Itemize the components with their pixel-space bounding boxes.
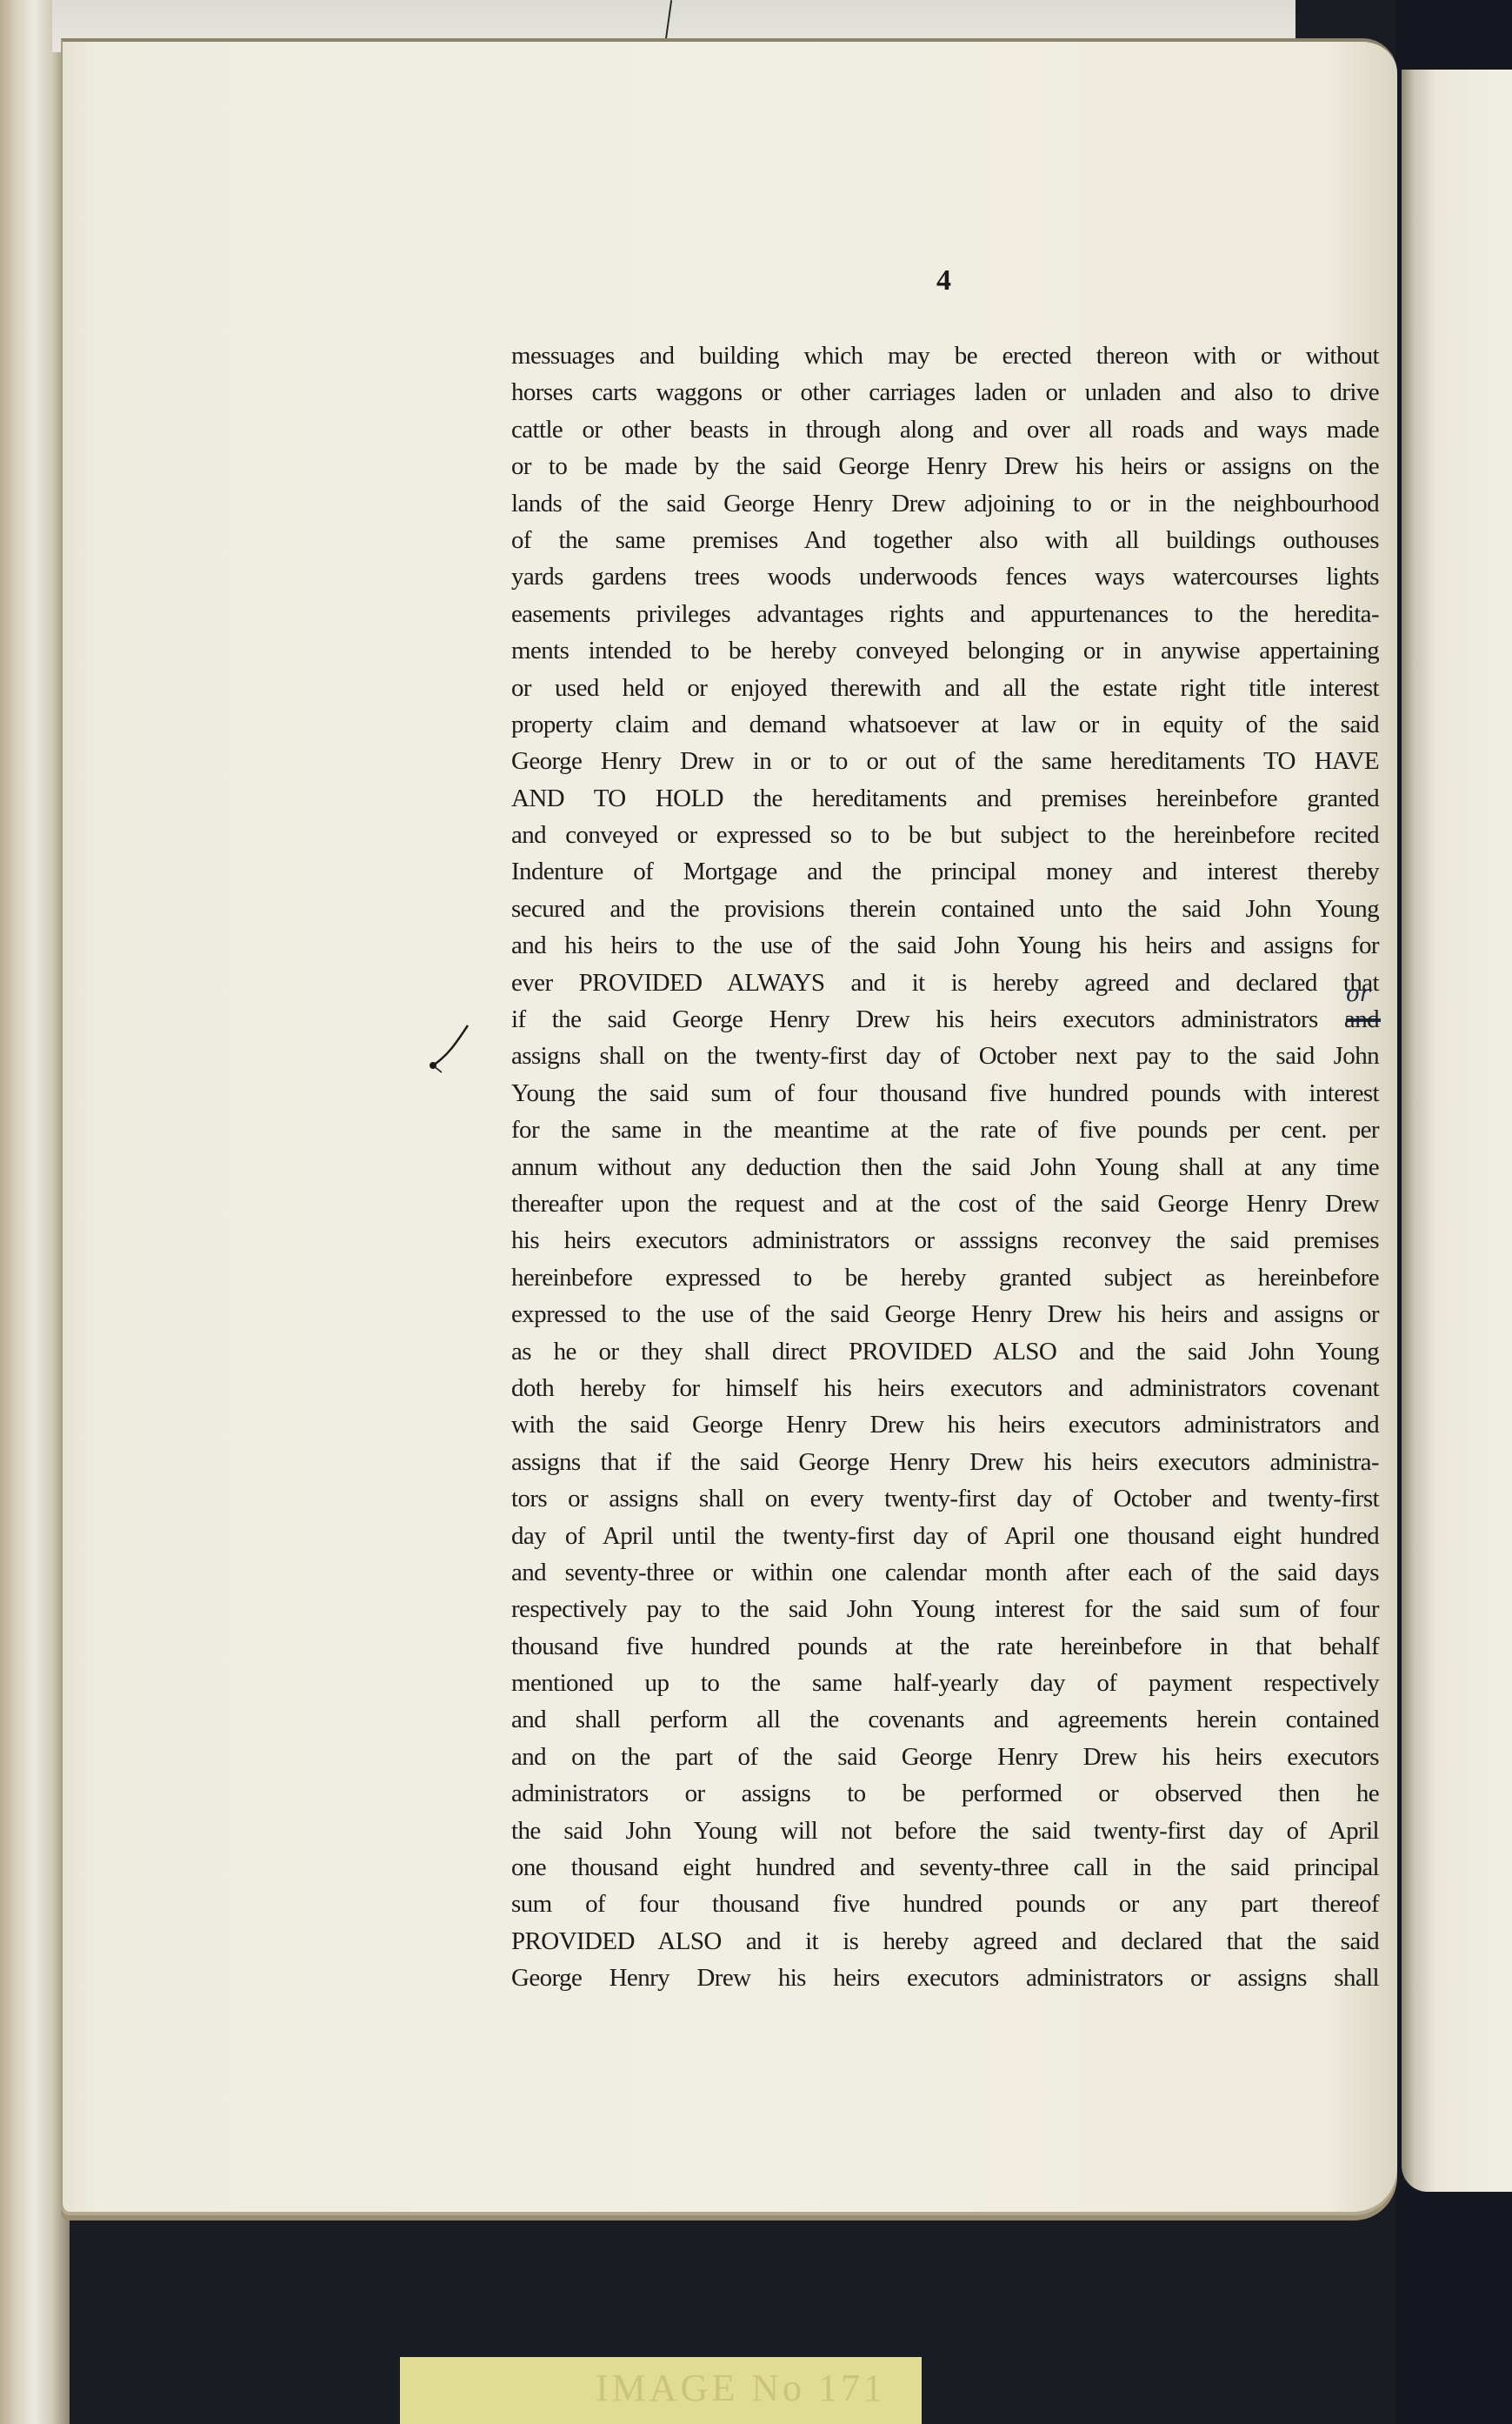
text-line: AND TO HOLD the hereditaments and premis… [511, 780, 1379, 817]
text-line: easements privileges advantages rights a… [511, 596, 1379, 632]
text-line: his heirs executors administrators or as… [511, 1222, 1379, 1259]
text-line: tors or assigns shall on every twenty-fi… [511, 1480, 1379, 1517]
text-line: mentioned up to the same half-yearly day… [511, 1665, 1379, 1701]
text-line: day of April until the twenty-first day … [511, 1518, 1379, 1554]
check-mark-icon [423, 1022, 475, 1074]
text-line: Indenture of Mortgage and the principal … [511, 853, 1379, 890]
book-binding-left [0, 0, 70, 2424]
text-line: thousand five hundred pounds at the rate… [511, 1628, 1379, 1665]
pen-mark [665, 0, 672, 40]
text-line: the said John Young will not before the … [511, 1813, 1379, 1849]
text-line: or used held or enjoyed therewith and al… [511, 670, 1379, 706]
text-line: ever PROVIDED ALWAYS and it is hereby ag… [511, 965, 1379, 1001]
text-line: administrators or assigns to be performe… [511, 1775, 1379, 1812]
text-line: assigns that if the said George Henry Dr… [511, 1444, 1379, 1480]
text-line: respectively pay to the said John Young … [511, 1591, 1379, 1627]
text-line: George Henry Drew his heirs executors ad… [511, 1960, 1379, 1996]
text-line: and on the part of the said George Henry… [511, 1739, 1379, 1775]
text-line: cattle or other beasts in through along … [511, 411, 1379, 448]
text-line: messuages and building which may be erec… [511, 337, 1379, 374]
text-line: one thousand eight hundred and seventy-t… [511, 1849, 1379, 1886]
text-line: or to be made by the said George Henry D… [511, 448, 1379, 484]
text-line: hereinbefore expressed to be hereby gran… [511, 1259, 1379, 1296]
text-line: and conveyed or expressed so to be but s… [511, 817, 1379, 853]
text-line: Young the said sum of four thousand five… [511, 1075, 1379, 1112]
text-line: for the same in the meantime at the rate… [511, 1112, 1379, 1148]
text-line: with the said George Henry Drew his heir… [511, 1406, 1379, 1443]
text-line: ments intended to be hereby conveyed bel… [511, 632, 1379, 669]
text-line: if the said George Henry Drew his heirs … [511, 1001, 1379, 1038]
text-line: horses carts waggons or other carriages … [511, 374, 1379, 411]
document-body: messuages and building which may be erec… [511, 337, 1379, 1997]
text-line: assigns shall on the twenty-first day of… [511, 1038, 1379, 1074]
text-line: of the same premises And together also w… [511, 522, 1379, 558]
text-line: and shall perform all the covenants and … [511, 1701, 1379, 1738]
text-line: lands of the said George Henry Drew adjo… [511, 485, 1379, 522]
text-line: George Henry Drew in or to or out of the… [511, 743, 1379, 779]
text-line: doth hereby for himself his heirs execut… [511, 1370, 1379, 1406]
tab-label: IMAGE No 171 [596, 2366, 886, 2410]
text-line: property claim and demand whatsoever at … [511, 706, 1379, 743]
text-line: thereafter upon the request and at the c… [511, 1185, 1379, 1222]
text-line: PROVIDED ALSO and it is hereby agreed an… [511, 1923, 1379, 1960]
bottom-label-tab: IMAGE No 171 [400, 2357, 922, 2424]
text-line: yards gardens trees woods underwoods fen… [511, 558, 1379, 595]
text-line: and his heirs to the use of the said Joh… [511, 927, 1379, 964]
text-line: annum without any deduction then the sai… [511, 1149, 1379, 1185]
text-line: as he or they shall direct PROVIDED ALSO… [511, 1333, 1379, 1370]
text-line: sum of four thousand five hundred pounds… [511, 1886, 1379, 1922]
adjacent-page [1402, 70, 1512, 2192]
text-line: secured and the provisions therein conta… [511, 891, 1379, 927]
page-number: 4 [936, 264, 951, 297]
text-line: and seventy-three or within one calendar… [511, 1554, 1379, 1591]
text-line: expressed to the use of the said George … [511, 1296, 1379, 1332]
